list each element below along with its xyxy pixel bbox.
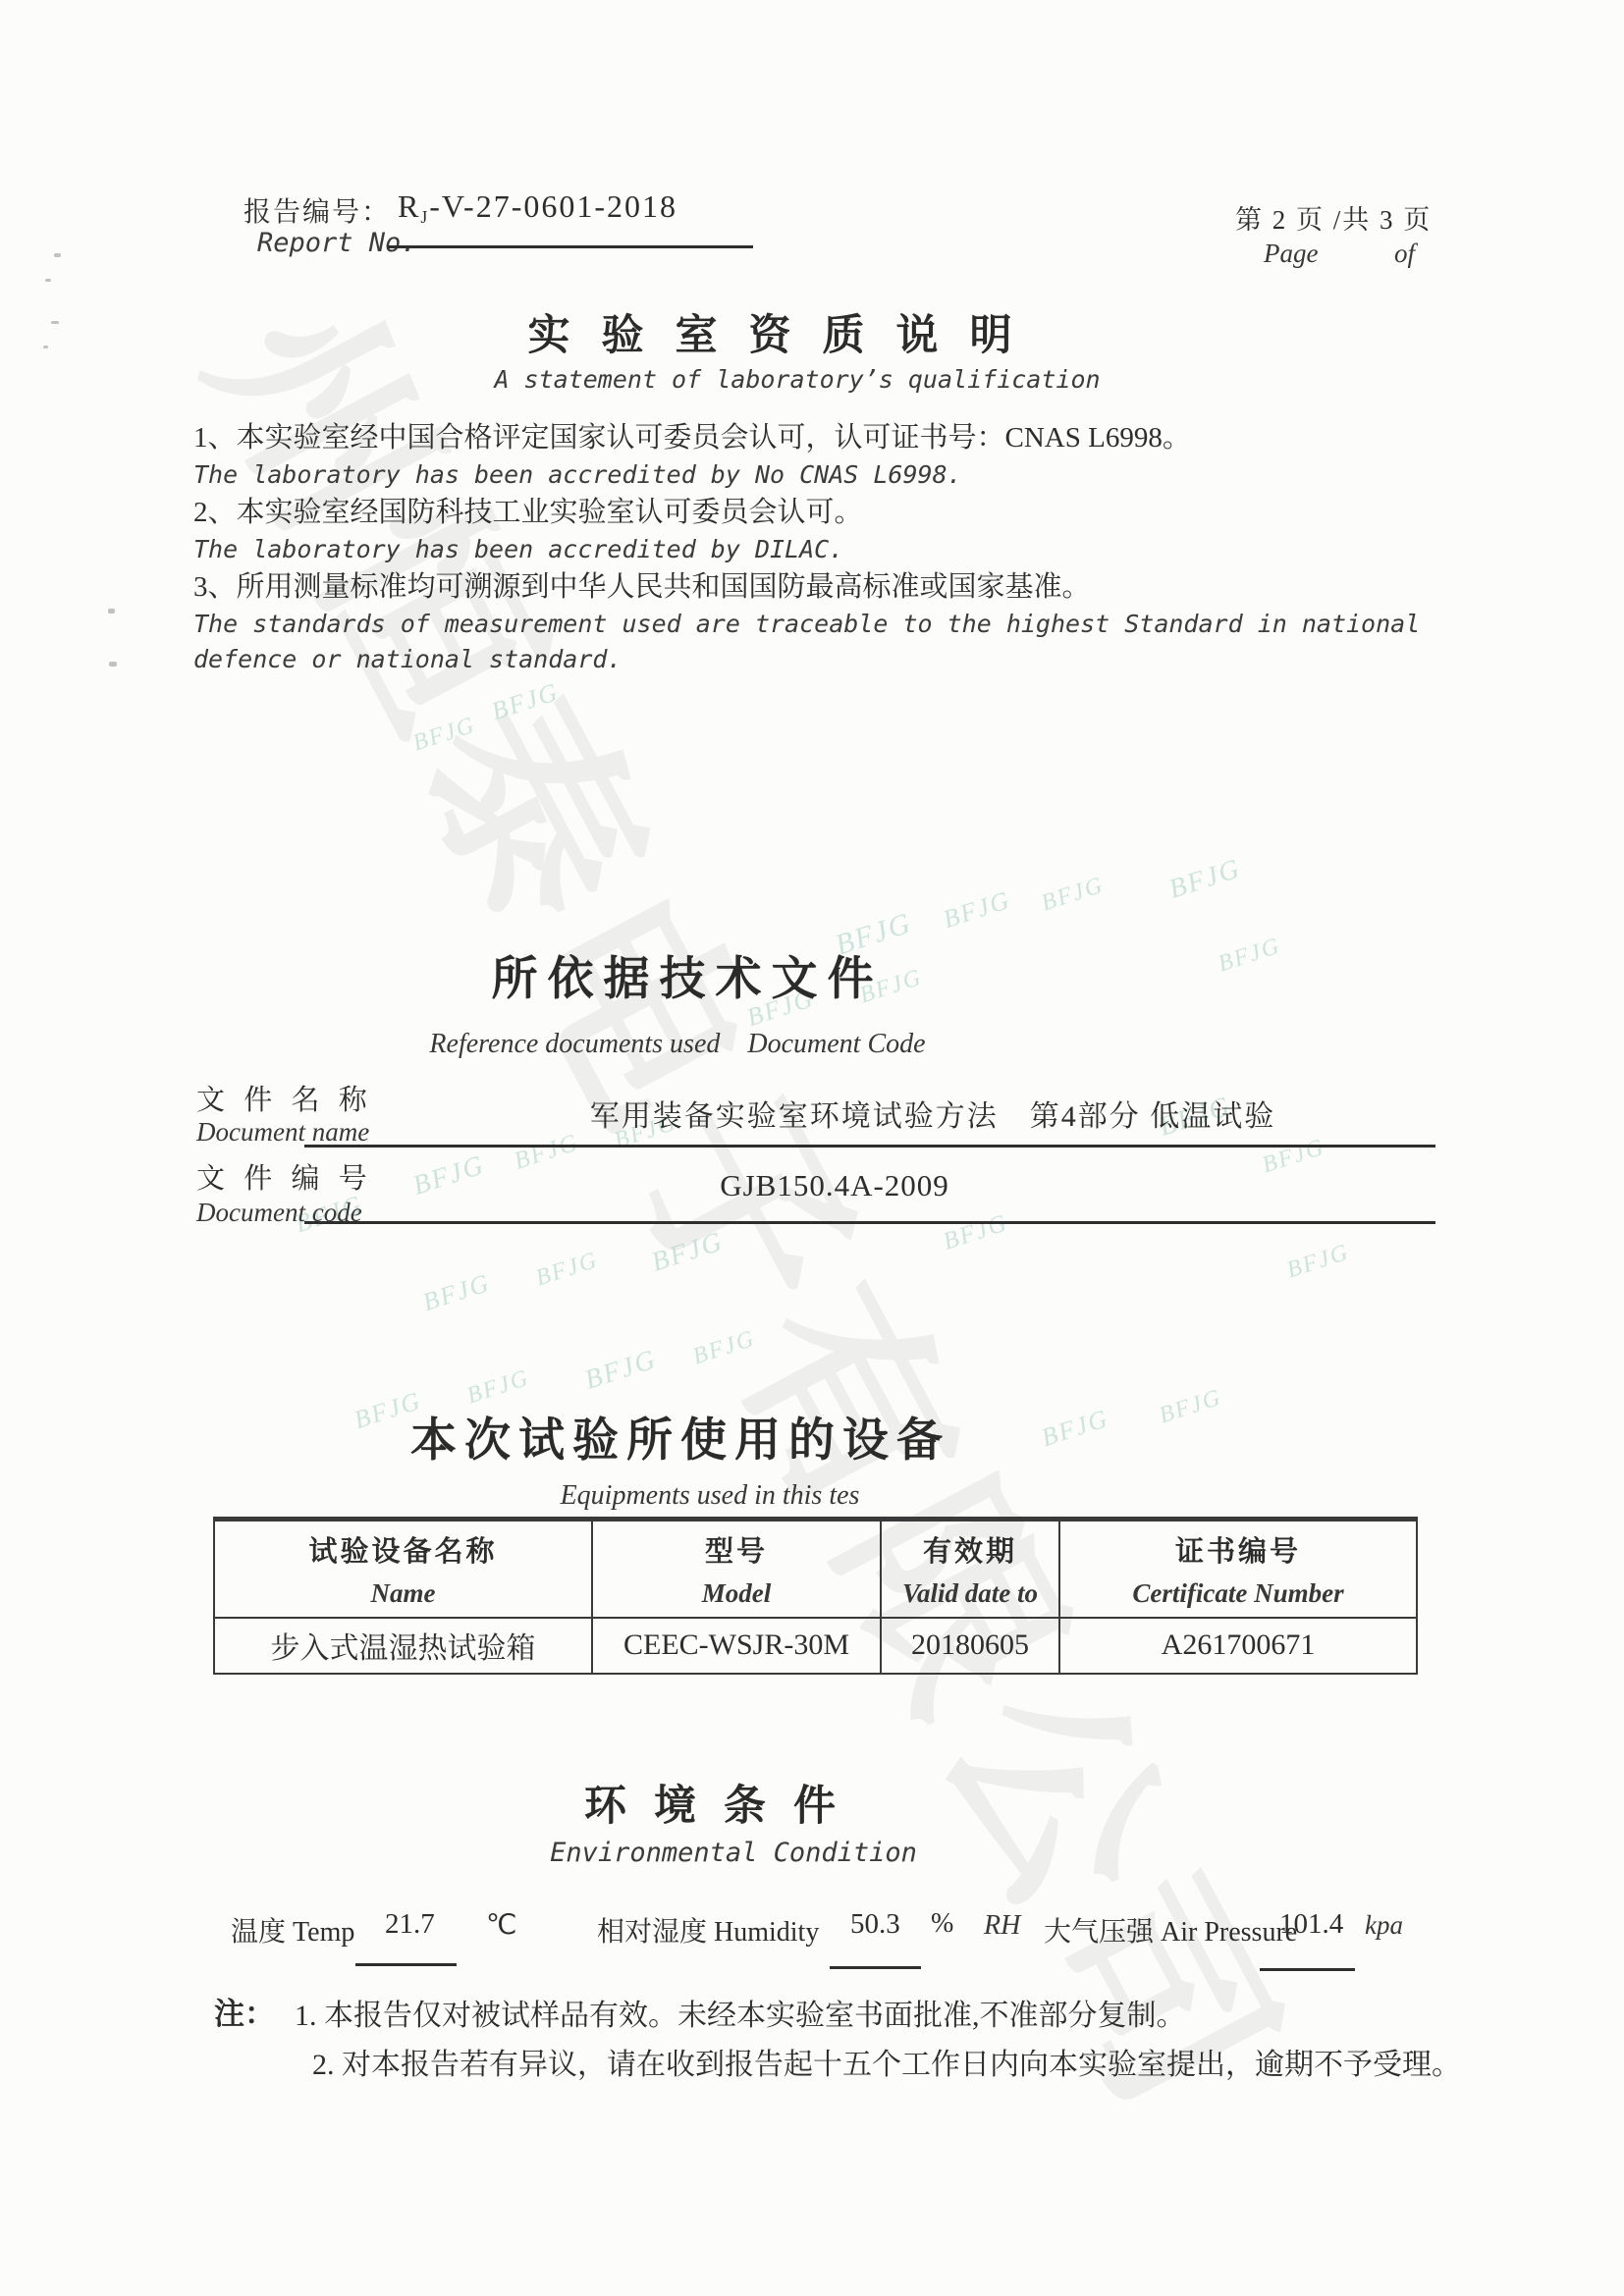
temp-label: 温度 Temp: [231, 1910, 354, 1949]
environment-title: 环境条件: [584, 1773, 863, 1833]
pressure-underline: [1260, 1968, 1355, 1971]
bfjg-watermark: BFJG: [409, 713, 478, 758]
bfjg-watermark: BFJG: [409, 1149, 489, 1202]
scan-speck: [43, 346, 48, 348]
equipment-valid-date-cell: 20180605: [881, 1618, 1059, 1674]
document-name-label-en: Document name: [196, 1117, 369, 1148]
environment-subtitle: Environmental Condition: [550, 1838, 917, 1868]
bfjg-watermark: BFJG: [581, 1344, 661, 1397]
scan-speck: [54, 253, 61, 257]
report-no-label-cn: 报告编号：: [244, 190, 391, 230]
pressure-label: 大气压强 Air Pressure: [1044, 1910, 1297, 1949]
bfjg-watermark: BFJG: [1156, 1385, 1224, 1430]
col-header-valid-date-cn: 有效期: [882, 1524, 1058, 1574]
reference-title: 所依据技术文件: [492, 942, 884, 1008]
bfjg-watermark: BFJG: [1038, 1404, 1112, 1453]
document-code-underline: [304, 1221, 1435, 1224]
pressure-unit: kpa: [1365, 1910, 1403, 1941]
qualification-item-3-cn: 3、所用测量标准均可溯源到中华人民共和国国防最高标准或国家基准。: [193, 567, 1470, 607]
bfjg-watermark: BFJG: [488, 677, 563, 726]
scan-speck: [108, 609, 115, 614]
bfjg-watermark: BFJG: [1283, 1240, 1352, 1285]
col-header-valid-date: 有效期 Valid date to: [881, 1520, 1059, 1618]
bfjg-watermark: BFJG: [940, 1209, 1011, 1256]
col-header-certificate: 证书编号 Certificate Number: [1059, 1520, 1417, 1618]
bfjg-watermark: BFJG: [419, 1268, 494, 1317]
humidity-underline: [830, 1966, 921, 1969]
report-no-rest: -V-27-0601-2018: [429, 188, 677, 224]
qualification-item-1-en: The laboratory has been accredited by No…: [193, 457, 1470, 493]
scan-speck: [45, 279, 51, 282]
bfjg-watermark: BFJG: [940, 885, 1014, 934]
col-header-name-en: Name: [215, 1574, 591, 1613]
qualification-item-1-cn: 1、本实验室经中国合格评定国家认可委员会认可，认可证书号：CNAS L6998。: [193, 418, 1470, 457]
equipment-title: 本次试验所使用的设备: [410, 1404, 950, 1469]
report-no-label-en: Report No.: [257, 228, 417, 258]
report-page: 州恒泰电子有限公司 BFJG BFJG BFJG BFJG BFJG BFJG …: [0, 0, 1624, 2296]
bfjg-watermark: BFJG: [1259, 1135, 1327, 1180]
qualification-item-2-en: The laboratory has been accredited by DI…: [193, 532, 1470, 567]
scan-speck: [109, 662, 117, 667]
bfjg-watermark: BFJG: [1038, 873, 1107, 918]
report-no-value: RJ-V-27-0601-2018: [398, 188, 677, 228]
page-number-cn: 第 2 页 /共 3 页: [1235, 198, 1432, 237]
col-header-certificate-cn: 证书编号: [1060, 1524, 1416, 1574]
bfjg-watermark: BFJG: [511, 1129, 582, 1176]
equipment-table-header-row: 试验设备名称 Name 型号 Model 有效期 Valid date to 证…: [214, 1520, 1417, 1618]
notes-label: 注：: [214, 1989, 275, 2033]
qualification-items: 1、本实验室经中国合格评定国家认可委员会认可，认可证书号：CNAS L6998。…: [193, 418, 1470, 677]
equipment-certificate-cell: A261700671: [1059, 1618, 1417, 1674]
note-line-1: 1. 本报告仅对被试样品有效。未经本实验室书面批准,不准部分复制。: [295, 1991, 1186, 2034]
bfjg-watermark: BFJG: [648, 1226, 728, 1279]
qualification-item-3-en-line2: defence or national standard.: [193, 642, 1470, 677]
humidity-unit: %: [931, 1908, 953, 1940]
equipment-subtitle: Equipments used in this tes: [561, 1480, 860, 1512]
document-code-label-cn: 文 件 编 号: [196, 1156, 373, 1197]
bfjg-watermark: BFJG: [1165, 853, 1245, 906]
report-no-subscript: J: [420, 207, 429, 227]
scan-speck: [51, 321, 59, 324]
temp-unit: ℃: [486, 1908, 516, 1942]
col-header-name-cn: 试验设备名称: [215, 1524, 591, 1574]
document-name-underline: [304, 1145, 1435, 1148]
equipment-table: 试验设备名称 Name 型号 Model 有效期 Valid date to 证…: [213, 1517, 1418, 1675]
temp-underline: [355, 1963, 457, 1966]
equipment-name-cell: 步入式温湿热试验箱: [214, 1618, 592, 1674]
page-label-en: Page: [1264, 239, 1318, 269]
document-code-value: GJB150.4A-2009: [720, 1168, 949, 1203]
pressure-value: 101.4: [1279, 1908, 1343, 1941]
report-no-underline: [388, 245, 753, 248]
qualification-subtitle: A statement of laboratory’s qualificatio…: [494, 365, 1100, 394]
report-no-prefix: R: [398, 188, 420, 224]
qualification-item-3-en: The standards of measurement used are tr…: [193, 607, 1470, 642]
humidity-suffix: RH: [984, 1910, 1020, 1942]
humidity-label: 相对湿度 Humidity: [597, 1910, 819, 1949]
col-header-valid-date-en: Valid date to: [882, 1574, 1058, 1613]
note-line-2: 2. 对本报告若有异议，请在收到报告起十五个工作日内向本实验室提出，逾期不予受理…: [312, 2040, 1461, 2083]
document-name-label-cn: 文 件 名 称: [196, 1078, 373, 1118]
humidity-value: 50.3: [850, 1908, 900, 1941]
col-header-model-en: Model: [593, 1574, 880, 1613]
bfjg-watermark: BFJG: [532, 1248, 601, 1293]
page-of-en: of: [1394, 239, 1415, 269]
bfjg-watermark: BFJG: [1215, 934, 1283, 979]
equipment-table-row: 步入式温湿热试验箱 CEEC-WSJR-30M 20180605 A261700…: [214, 1618, 1417, 1674]
col-header-model-cn: 型号: [593, 1524, 880, 1574]
document-name-value: 军用装备实验室环境试验方法 第4部分 低温试验: [590, 1092, 1276, 1135]
temp-value: 21.7: [385, 1908, 435, 1941]
col-header-certificate-en: Certificate Number: [1060, 1574, 1416, 1613]
qualification-item-2-cn: 2、本实验室经国防科技工业实验室认可委员会认可。: [193, 493, 1470, 532]
col-header-model: 型号 Model: [592, 1520, 881, 1618]
col-header-name: 试验设备名称 Name: [214, 1520, 592, 1618]
bfjg-watermark: BFJG: [689, 1326, 758, 1371]
qualification-title: 实验室资质说明: [528, 302, 1044, 362]
equipment-model-cell: CEEC-WSJR-30M: [592, 1618, 881, 1674]
reference-subtitle: Reference documents used Document Code: [429, 1029, 925, 1060]
